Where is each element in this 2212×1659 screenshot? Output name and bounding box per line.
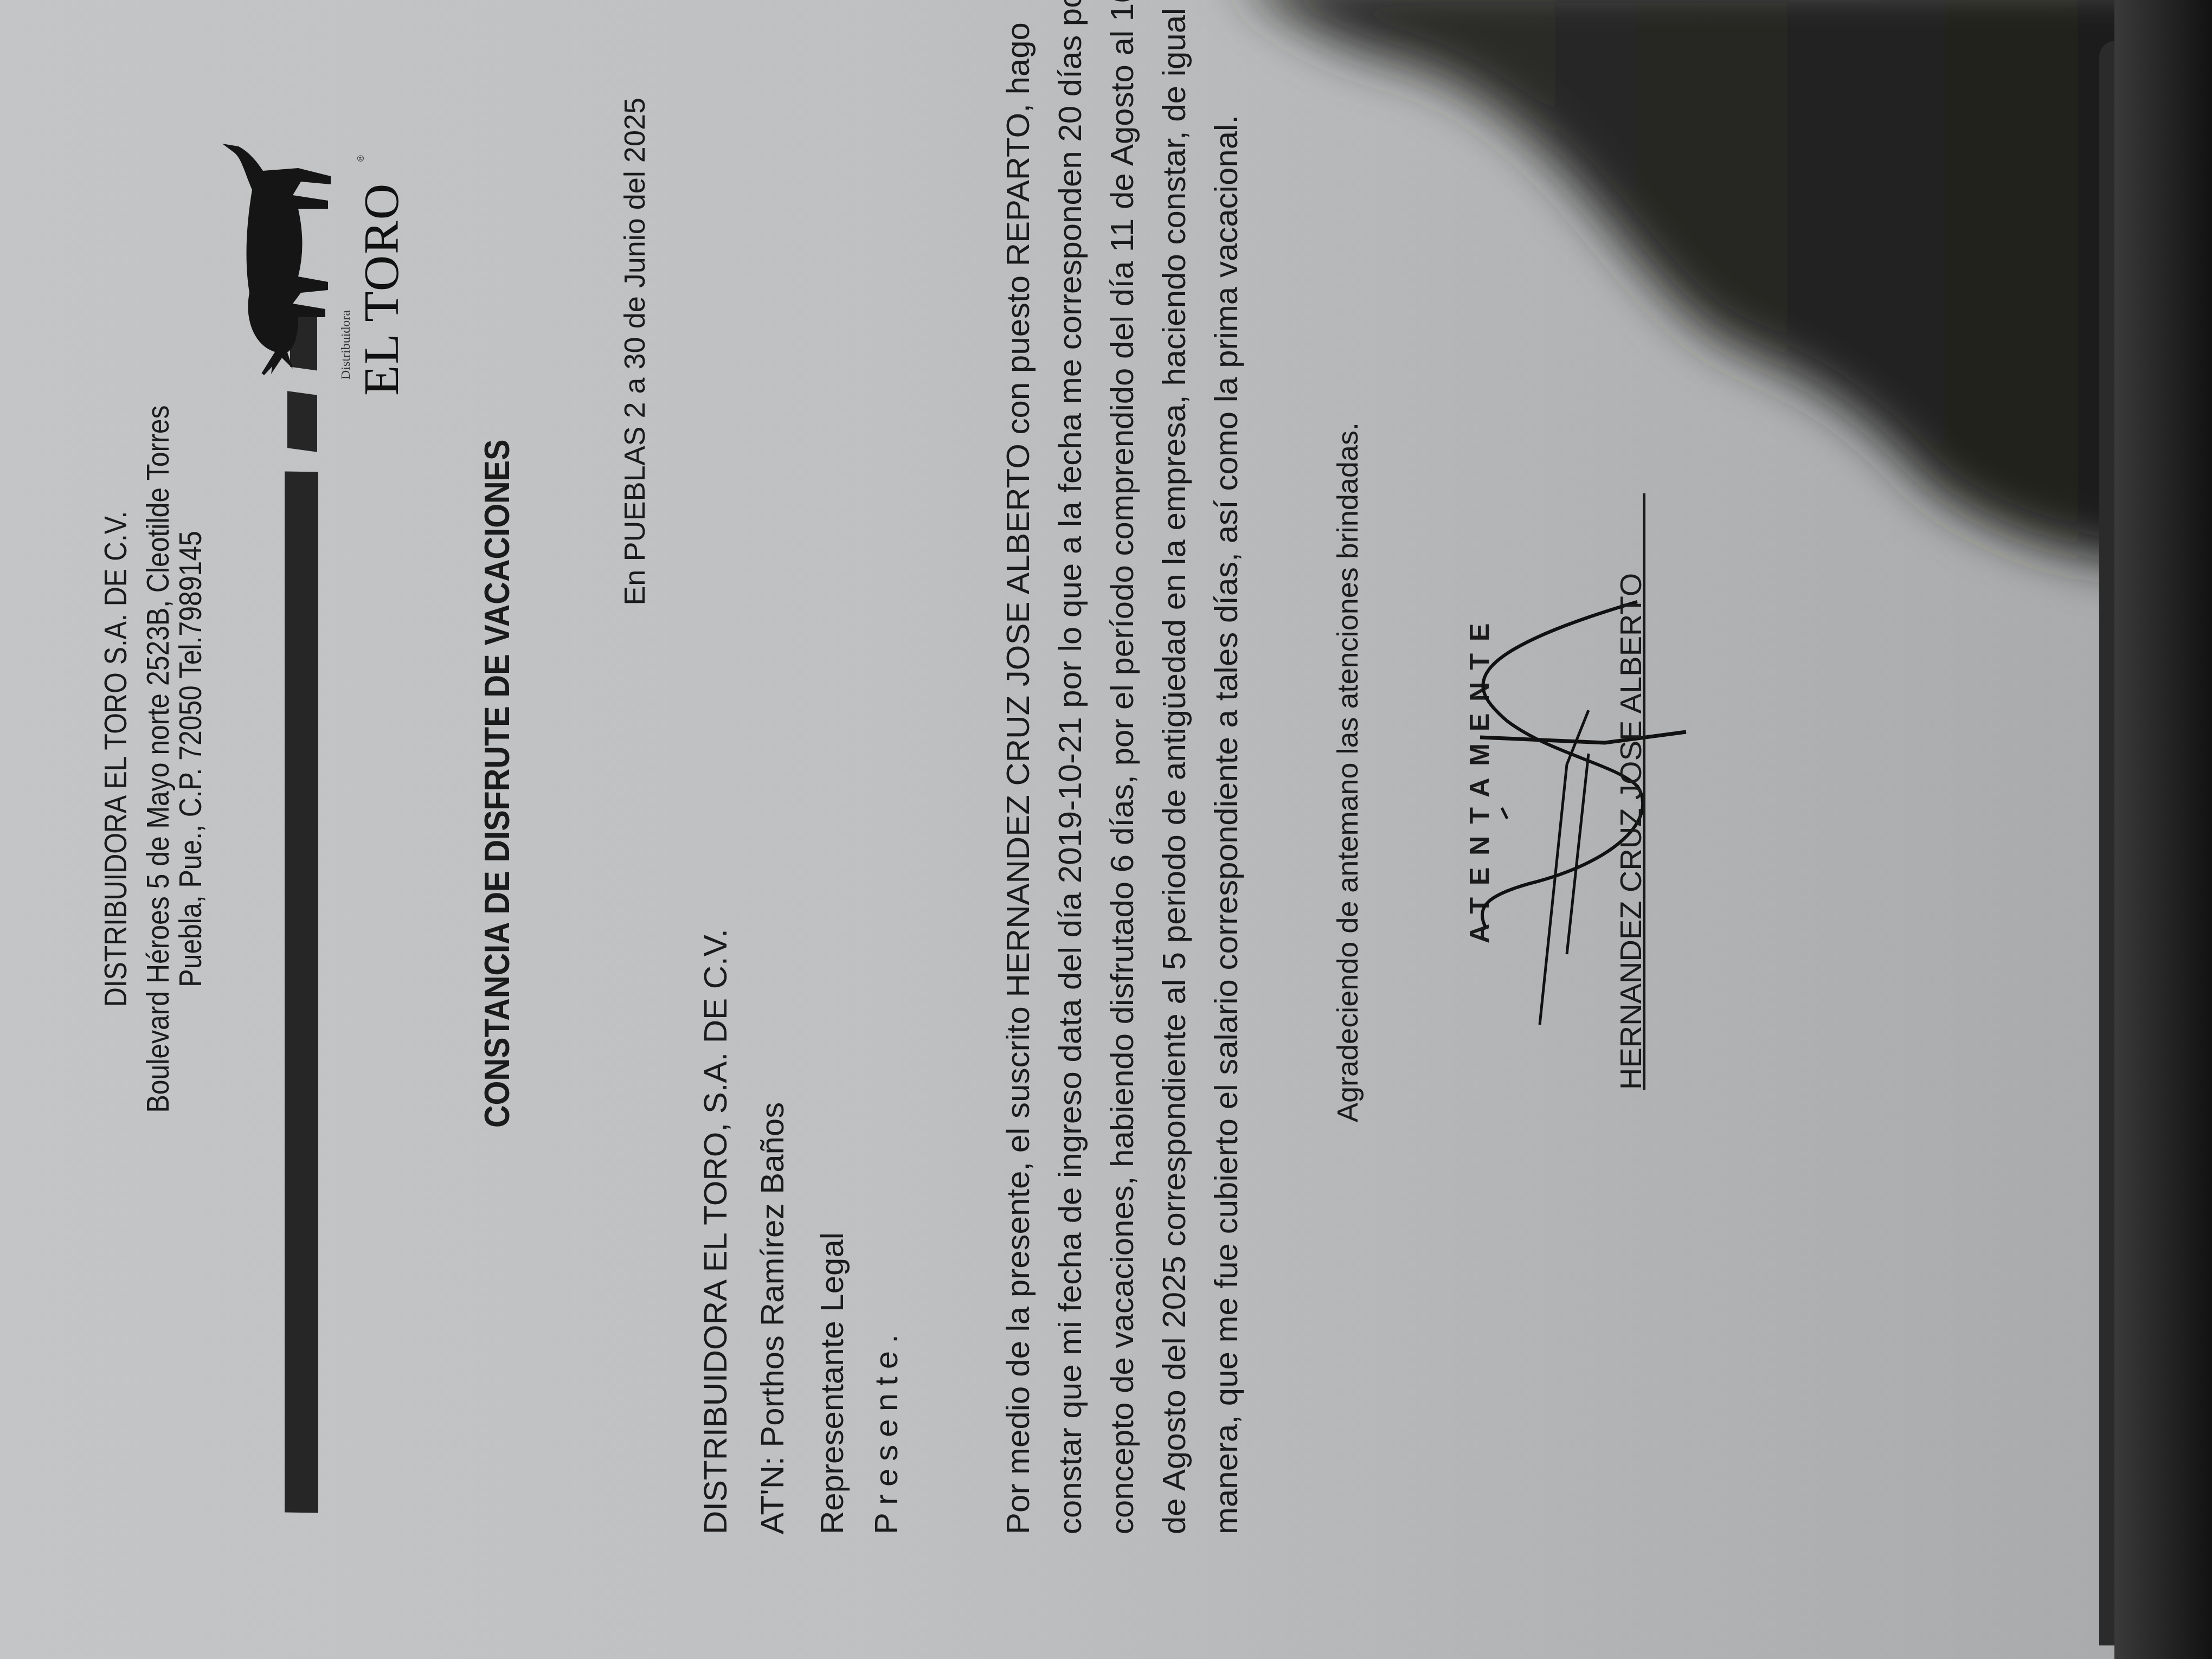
company-city-phone: Puebla, Pue., C.P. 72050 Tel.7989145 bbox=[172, 0, 209, 1533]
registered-mark: ® bbox=[357, 155, 366, 162]
logo-text: EL TORO bbox=[352, 183, 410, 396]
company-logo: Distribuidora EL TORO ® bbox=[217, 114, 412, 396]
addressee-role: Representante Legal bbox=[813, 1232, 851, 1534]
company-name: DISTRIBUIDORA EL TORO S.A. DE C.V. bbox=[98, 0, 134, 1533]
document-title: CONSTANCIA DE DISFRUTE DE VACACIONES bbox=[477, 440, 517, 1128]
document-page: DISTRIBUIDORA EL TORO S.A. DE C.V. Boule… bbox=[0, 0, 2212, 1659]
header-bar-segment bbox=[287, 391, 317, 452]
logo-small-text: Distribuidora bbox=[339, 310, 353, 380]
body-line: constar que mi fecha de ingreso data del… bbox=[1044, 92, 1096, 1534]
addressee-company: DISTRIBUIDORA EL TORO, S.A. DE C.V. bbox=[697, 929, 734, 1534]
closing-text: Agradeciendo de antemano las atenciones … bbox=[1331, 422, 1365, 1122]
background-surface bbox=[2114, 0, 2212, 1659]
place-date: En PUEBLAS 2 a 30 de Junio del 2025 bbox=[618, 98, 652, 606]
company-address: Boulevard Héroes 5 de Mayo norte 2523B, … bbox=[140, 0, 176, 1533]
body-paragraph: Por medio de la presente, el suscrito HE… bbox=[992, 92, 1252, 1534]
body-line: de Agosto del 2025 correspondiente al 5 … bbox=[1148, 92, 1200, 1534]
bull-icon bbox=[211, 114, 342, 385]
body-line: concepto de vacaciones, habiendo disfrut… bbox=[1096, 92, 1148, 1534]
handwritten-signature-icon bbox=[1442, 466, 1692, 1090]
body-line: manera, que me fue cubierto el salario c… bbox=[1200, 92, 1252, 1534]
addressee-attention: AT'N: Porthos Ramírez Baños bbox=[754, 1102, 791, 1534]
body-line: Por medio de la presente, el suscrito HE… bbox=[992, 92, 1044, 1534]
addressee-greeting: Presente. bbox=[867, 1327, 905, 1534]
header-bar bbox=[285, 471, 318, 1513]
signature-line bbox=[1643, 493, 1645, 1090]
